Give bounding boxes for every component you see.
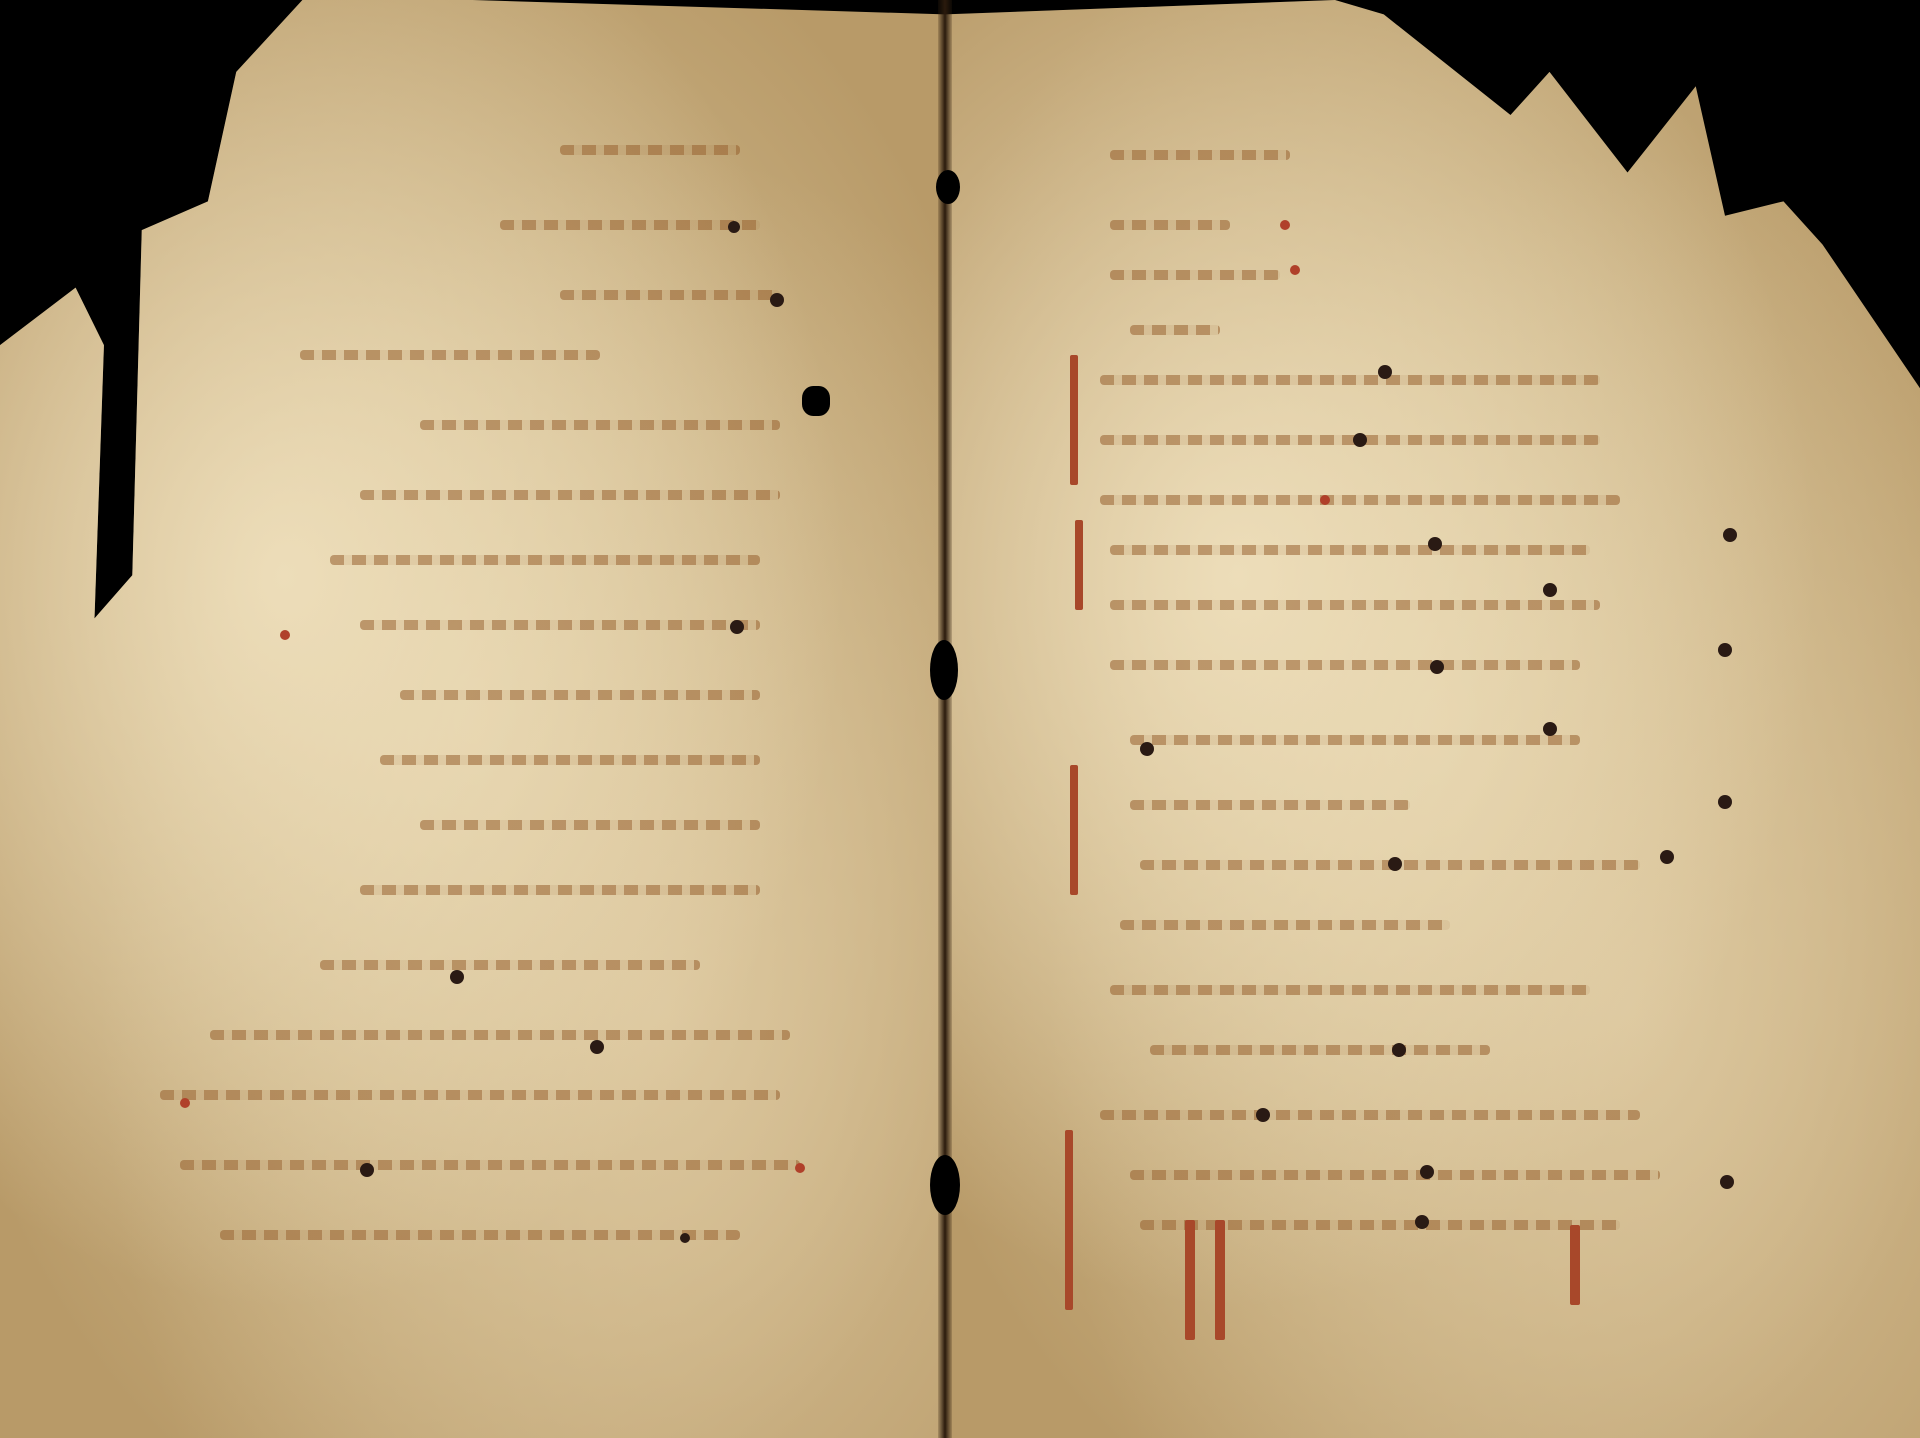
left-folio — [0, 0, 945, 1438]
image-caption: Open parchment bifolium of a medieval ma… — [0, 0, 1, 1]
binding-gutter — [938, 0, 952, 1438]
